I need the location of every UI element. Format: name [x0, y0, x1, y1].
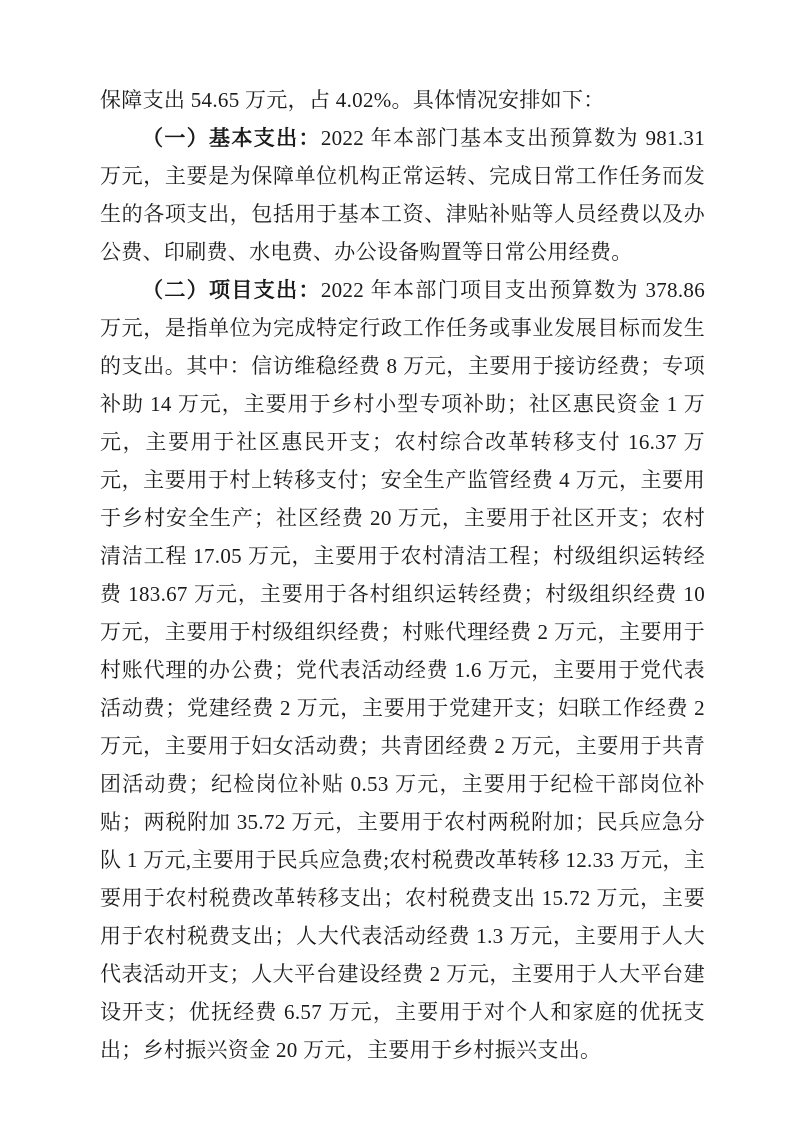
paragraph-overview-text: 保障支出 54.65 万元，占 4.02%。具体情况安排如下： [100, 88, 605, 112]
paragraph-project-expenditure: （二）项目支出：2022 年本部门项目支出预算数为 378.86 万元，是指单位… [100, 271, 705, 1069]
paragraph-basic-expenditure-lead: （一）基本支出： [142, 126, 321, 150]
paragraph-basic-expenditure: （一）基本支出：2022 年本部门基本支出预算数为 981.31 万元，主要是为… [100, 119, 705, 271]
paragraph-project-expenditure-lead: （二）项目支出： [142, 278, 321, 302]
paragraph-project-expenditure-text: 2022 年本部门项目支出预算数为 378.86 万元，是指单位为完成特定行政工… [100, 278, 705, 1062]
paragraph-overview: 保障支出 54.65 万元，占 4.02%。具体情况安排如下： [100, 81, 705, 119]
document-page: 保障支出 54.65 万元，占 4.02%。具体情况安排如下： （一）基本支出：… [0, 0, 794, 1122]
